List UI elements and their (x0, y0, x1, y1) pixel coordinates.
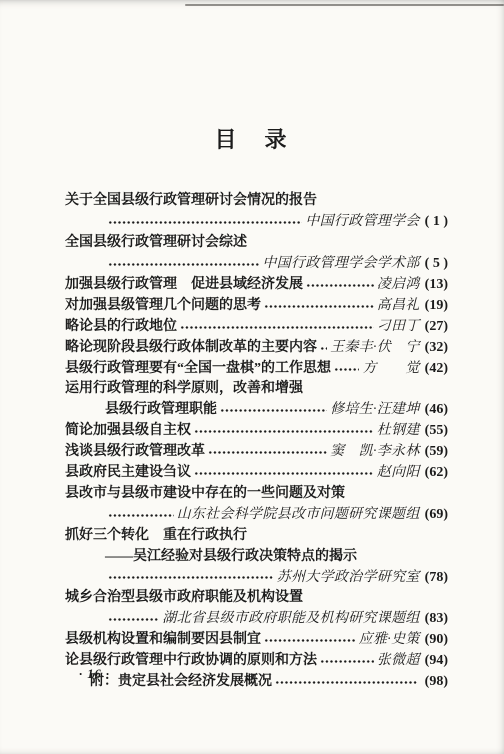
entry-author: 杜钢建 (377, 419, 420, 439)
entry-title: 县级行政管理职能 (105, 398, 217, 418)
entry-page: (27) (425, 319, 448, 335)
toc-entry: 略论现阶段县级行政体制改革的主要内容王秦丰·伏 宁(32) (65, 336, 448, 357)
toc-entry: 县改市与县级市建设中存在的一些问题及对策 (65, 482, 448, 503)
entry-author: 山东社会科学院县改市问题研究课题组 (177, 503, 420, 523)
entry-page: (13) (425, 277, 448, 293)
toc-entry: 湖北省县级市政府职能及机构研究课题组(83) (65, 607, 448, 628)
entry-title: 贵定县社会经济发展概况 (118, 670, 272, 690)
dotted-leader (108, 514, 174, 517)
toc-entry: 浅谈县级行政管理改革窦 凯·李永林(59) (65, 440, 448, 461)
dotted-leader (108, 618, 159, 621)
dotted-leader (208, 451, 327, 454)
entry-author: 湖北省县级市政府职能及机构研究课题组 (162, 607, 419, 627)
entry-title: 略论县的行政地位 (65, 315, 177, 335)
dotted-leader (220, 409, 327, 412)
dotted-leader (108, 576, 274, 579)
entry-page: (90) (425, 632, 448, 648)
entry-page: (19) (425, 298, 448, 314)
dotted-leader (264, 305, 374, 308)
entry-author: 凌启鸿 (377, 273, 420, 293)
entry-author: 王秦丰·伏 宁 (330, 336, 420, 356)
toc-entry: 抓好三个转化 重在行政执行 (65, 524, 448, 545)
toc-entry: ——吴江经验对县级行政决策特点的揭示 (65, 545, 448, 566)
toc-entry: 山东社会科学院县改市问题研究课题组(69) (65, 503, 448, 524)
dotted-leader (306, 284, 374, 287)
entry-title: 略论现阶段县级行政体制改革的主要内容 (65, 336, 317, 356)
entry-title: 抓好三个转化 重在行政执行 (65, 524, 247, 544)
entry-page: ( 5 ) (425, 256, 448, 272)
dotted-leader (320, 660, 374, 663)
toc-entry: 论县级行政管理中行政协调的原则和方法张微超(94) (65, 649, 448, 670)
entry-title: 加强县级行政管理 促进县域经济发展 (65, 273, 303, 293)
toc-entry: 对加强县级管理几个问题的思考高昌礼(19) (65, 294, 448, 315)
toc-entry: 运用行政管理的科学原则，改善和增强 (65, 377, 448, 398)
entry-title: 县级行政管理要有“全国一盘棋”的工作思想 (65, 357, 331, 377)
footer-page-number: · 16 · (79, 667, 110, 682)
toc-entry: 简论加强县级自主权杜钢建(55) (65, 419, 448, 440)
dotted-leader (320, 347, 327, 350)
dotted-leader (275, 681, 417, 684)
toc-entry: 县政府民主建设刍议赵向阳(62) (65, 461, 448, 482)
toc-entry: 苏州大学政治学研究室(78) (65, 566, 448, 587)
entry-page: (42) (425, 361, 448, 377)
entry-title: 浅谈县级行政管理改革 (65, 440, 205, 460)
entry-page: (98) (425, 674, 448, 690)
entry-title: 运用行政管理的科学原则，改善和增强 (65, 377, 303, 397)
dotted-leader (194, 472, 374, 475)
entry-page: (94) (425, 653, 448, 669)
entry-title: 全国县级行政管理研讨会综述 (65, 231, 247, 251)
dotted-leader (264, 639, 356, 642)
entry-page: (55) (425, 423, 448, 439)
toc-entry: 县级行政管理职能修培生·汪建坤(46) (65, 398, 448, 419)
entry-page: (78) (425, 570, 448, 586)
toc-entry: 略论县的行政地位刁田丁(27) (65, 315, 448, 336)
entry-author: 方 觉 (362, 357, 419, 377)
entry-title: 对加强县级管理几个问题的思考 (65, 294, 261, 314)
entry-author: 苏州大学政治学研究室 (277, 566, 420, 586)
toc-entry: 县级机构设置和编制要因县制宜应雅·史策(90) (65, 628, 448, 649)
entry-author: 张微超 (377, 649, 420, 669)
entry-title: 关于全国县级行政管理研讨会情况的报告 (65, 189, 317, 209)
entry-author: 中国行政管理学会 (305, 210, 419, 230)
toc-page: 目 录 关于全国县级行政管理研讨会情况的报告中国行政管理学会( 1 )全国县级行… (0, 0, 504, 754)
toc-entry: 中国行政管理学会( 1 ) (65, 210, 448, 231)
entry-author: 窦 凯·李永林 (330, 440, 420, 460)
entry-page: (46) (425, 402, 448, 418)
toc-entry: 中国行政管理学会学术部( 5 ) (65, 252, 448, 273)
entry-title: 县级机构设置和编制要因县制宜 (65, 628, 261, 648)
entry-author: 高昌礼 (377, 294, 420, 314)
entry-title: 县政府民主建设刍议 (65, 461, 191, 481)
dotted-leader (108, 263, 259, 266)
entry-page: (69) (425, 507, 448, 523)
entry-title: 简论加强县级自主权 (65, 419, 191, 439)
toc-list: 关于全国县级行政管理研讨会情况的报告中国行政管理学会( 1 )全国县级行政管理研… (0, 168, 504, 690)
toc-entry: 关于全国县级行政管理研讨会情况的报告 (65, 189, 448, 210)
entry-page: (62) (425, 465, 448, 481)
dotted-leader (194, 430, 374, 433)
toc-entry: 县级行政管理要有“全国一盘棋”的工作思想方 觉(42) (65, 357, 448, 378)
entry-page: ( 1 ) (425, 214, 448, 230)
entry-author: 修培生·汪建坤 (330, 398, 420, 418)
entry-page: (32) (425, 340, 448, 356)
dotted-leader (334, 368, 359, 371)
toc-entry: 附：贵定县社会经济发展概况(98) (65, 670, 448, 691)
scan-artifact-edge (185, 4, 504, 6)
toc-entry: 全国县级行政管理研讨会综述 (65, 231, 448, 252)
entry-page: (59) (425, 444, 448, 460)
entry-title: 城乡合治型县级市政府职能及机构设置 (65, 586, 303, 606)
entry-author: 应雅·史策 (359, 628, 420, 648)
toc-entry: 加强县级行政管理 促进县域经济发展凌启鸿(13) (65, 273, 448, 294)
entry-title: 县改市与县级市建设中存在的一些问题及对策 (65, 482, 345, 502)
entry-title: ——吴江经验对县级行政决策特点的揭示 (105, 545, 357, 565)
entry-author: 刁田丁 (377, 315, 420, 335)
entry-page: (83) (425, 611, 448, 627)
toc-entry: 城乡合治型县级市政府职能及机构设置 (65, 586, 448, 607)
dotted-leader (180, 326, 374, 329)
entry-author: 赵向阳 (377, 461, 420, 481)
page-title: 目 录 (0, 15, 504, 154)
dotted-leader (108, 221, 302, 224)
entry-author: 中国行政管理学会学术部 (262, 252, 419, 272)
